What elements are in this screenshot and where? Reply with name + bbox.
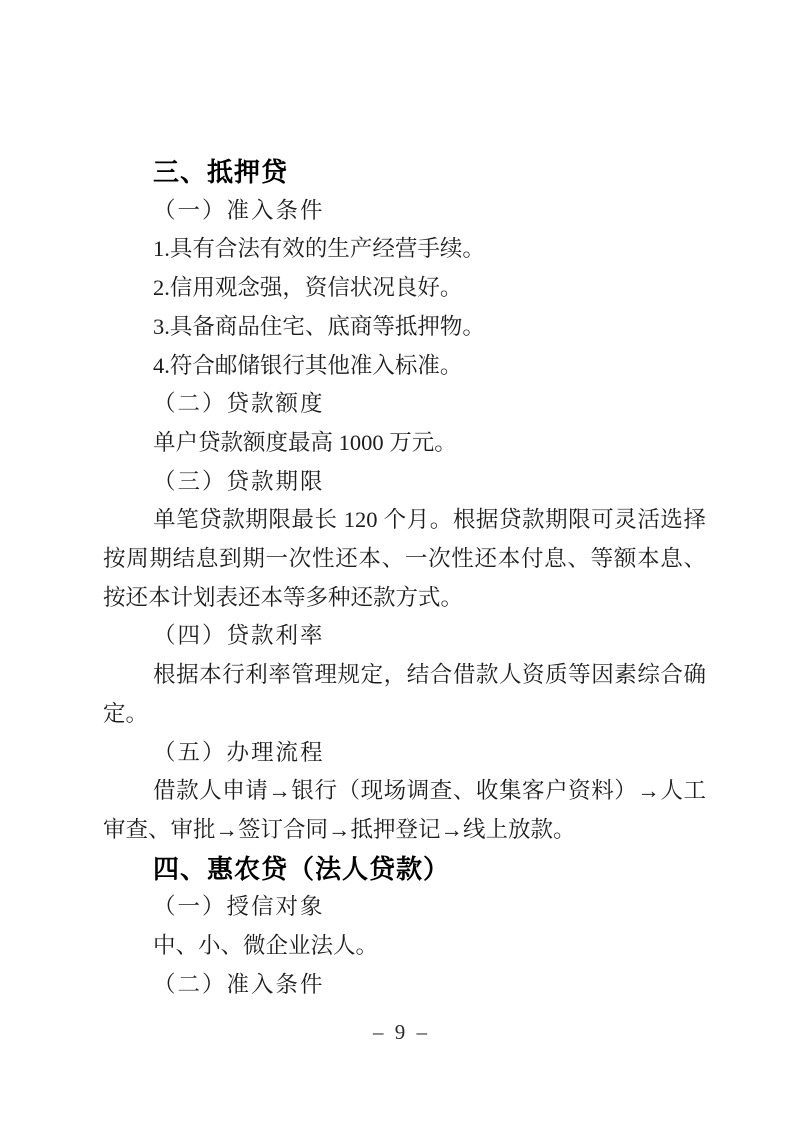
subsection-heading-access-conditions-2: （二）准入条件 (103, 966, 706, 1005)
list-item-1: 1.具有合法有效的生产经营手续。 (103, 230, 706, 269)
paragraph-loan-term: 单笔贷款期限最长 120 个月。根据贷款期限可灵活选择按周期结息到期一次性还本、… (103, 501, 706, 617)
subsection-heading-access-conditions: （一）准入条件 (103, 192, 706, 231)
subsection-heading-credit-target: （一）授信对象 (103, 888, 706, 927)
paragraph-credit-target: 中、小、微企业法人。 (103, 927, 706, 966)
list-item-2: 2.信用观念强，资信状况良好。 (103, 269, 706, 308)
subsection-heading-loan-amount: （二）贷款额度 (103, 385, 706, 424)
page-number: – 9 – (0, 1020, 800, 1045)
paragraph-process: 借款人申请→银行（现场调查、收集客户资料）→人工审查、审批→签订合同→抵押登记→… (103, 772, 706, 849)
paragraph-loan-rate: 根据本行利率管理规定，结合借款人资质等因素综合确定。 (103, 656, 706, 733)
subsection-heading-loan-term: （三）贷款期限 (103, 463, 706, 502)
document-body: 三、抵押贷 （一）准入条件 1.具有合法有效的生产经营手续。 2.信用观念强，资… (103, 153, 706, 1004)
list-item-4: 4.符合邮储银行其他准入标准。 (103, 347, 706, 386)
section-heading-huinong-loan: 四、惠农贷（法人贷款） (103, 850, 706, 889)
list-item-3: 3.具备商品住宅、底商等抵押物。 (103, 308, 706, 347)
section-heading-mortgage-loan: 三、抵押贷 (103, 153, 706, 192)
subsection-heading-loan-rate: （四）贷款利率 (103, 617, 706, 656)
document-page: 三、抵押贷 （一）准入条件 1.具有合法有效的生产经营手续。 2.信用观念强，资… (0, 0, 800, 1130)
subsection-heading-process: （五）办理流程 (103, 734, 706, 773)
paragraph-loan-amount: 单户贷款额度最高 1000 万元。 (103, 424, 706, 463)
